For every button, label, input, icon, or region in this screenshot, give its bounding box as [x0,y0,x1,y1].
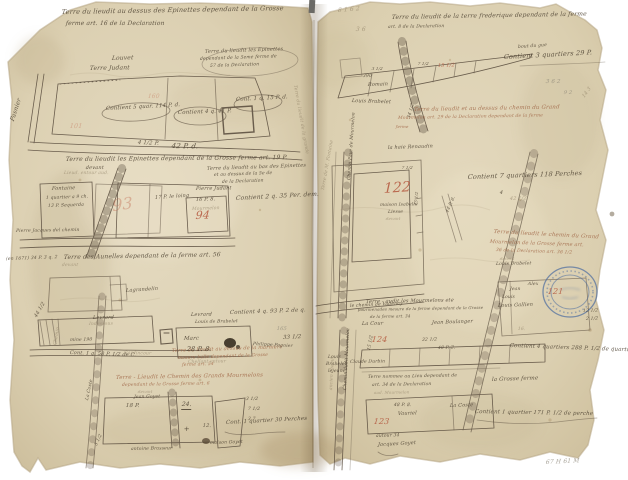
binding-clip [309,0,316,13]
paper-spread [0,0,628,480]
manuscript-scan: Terre du lieudit au dessus des Epinettes… [0,0,628,480]
